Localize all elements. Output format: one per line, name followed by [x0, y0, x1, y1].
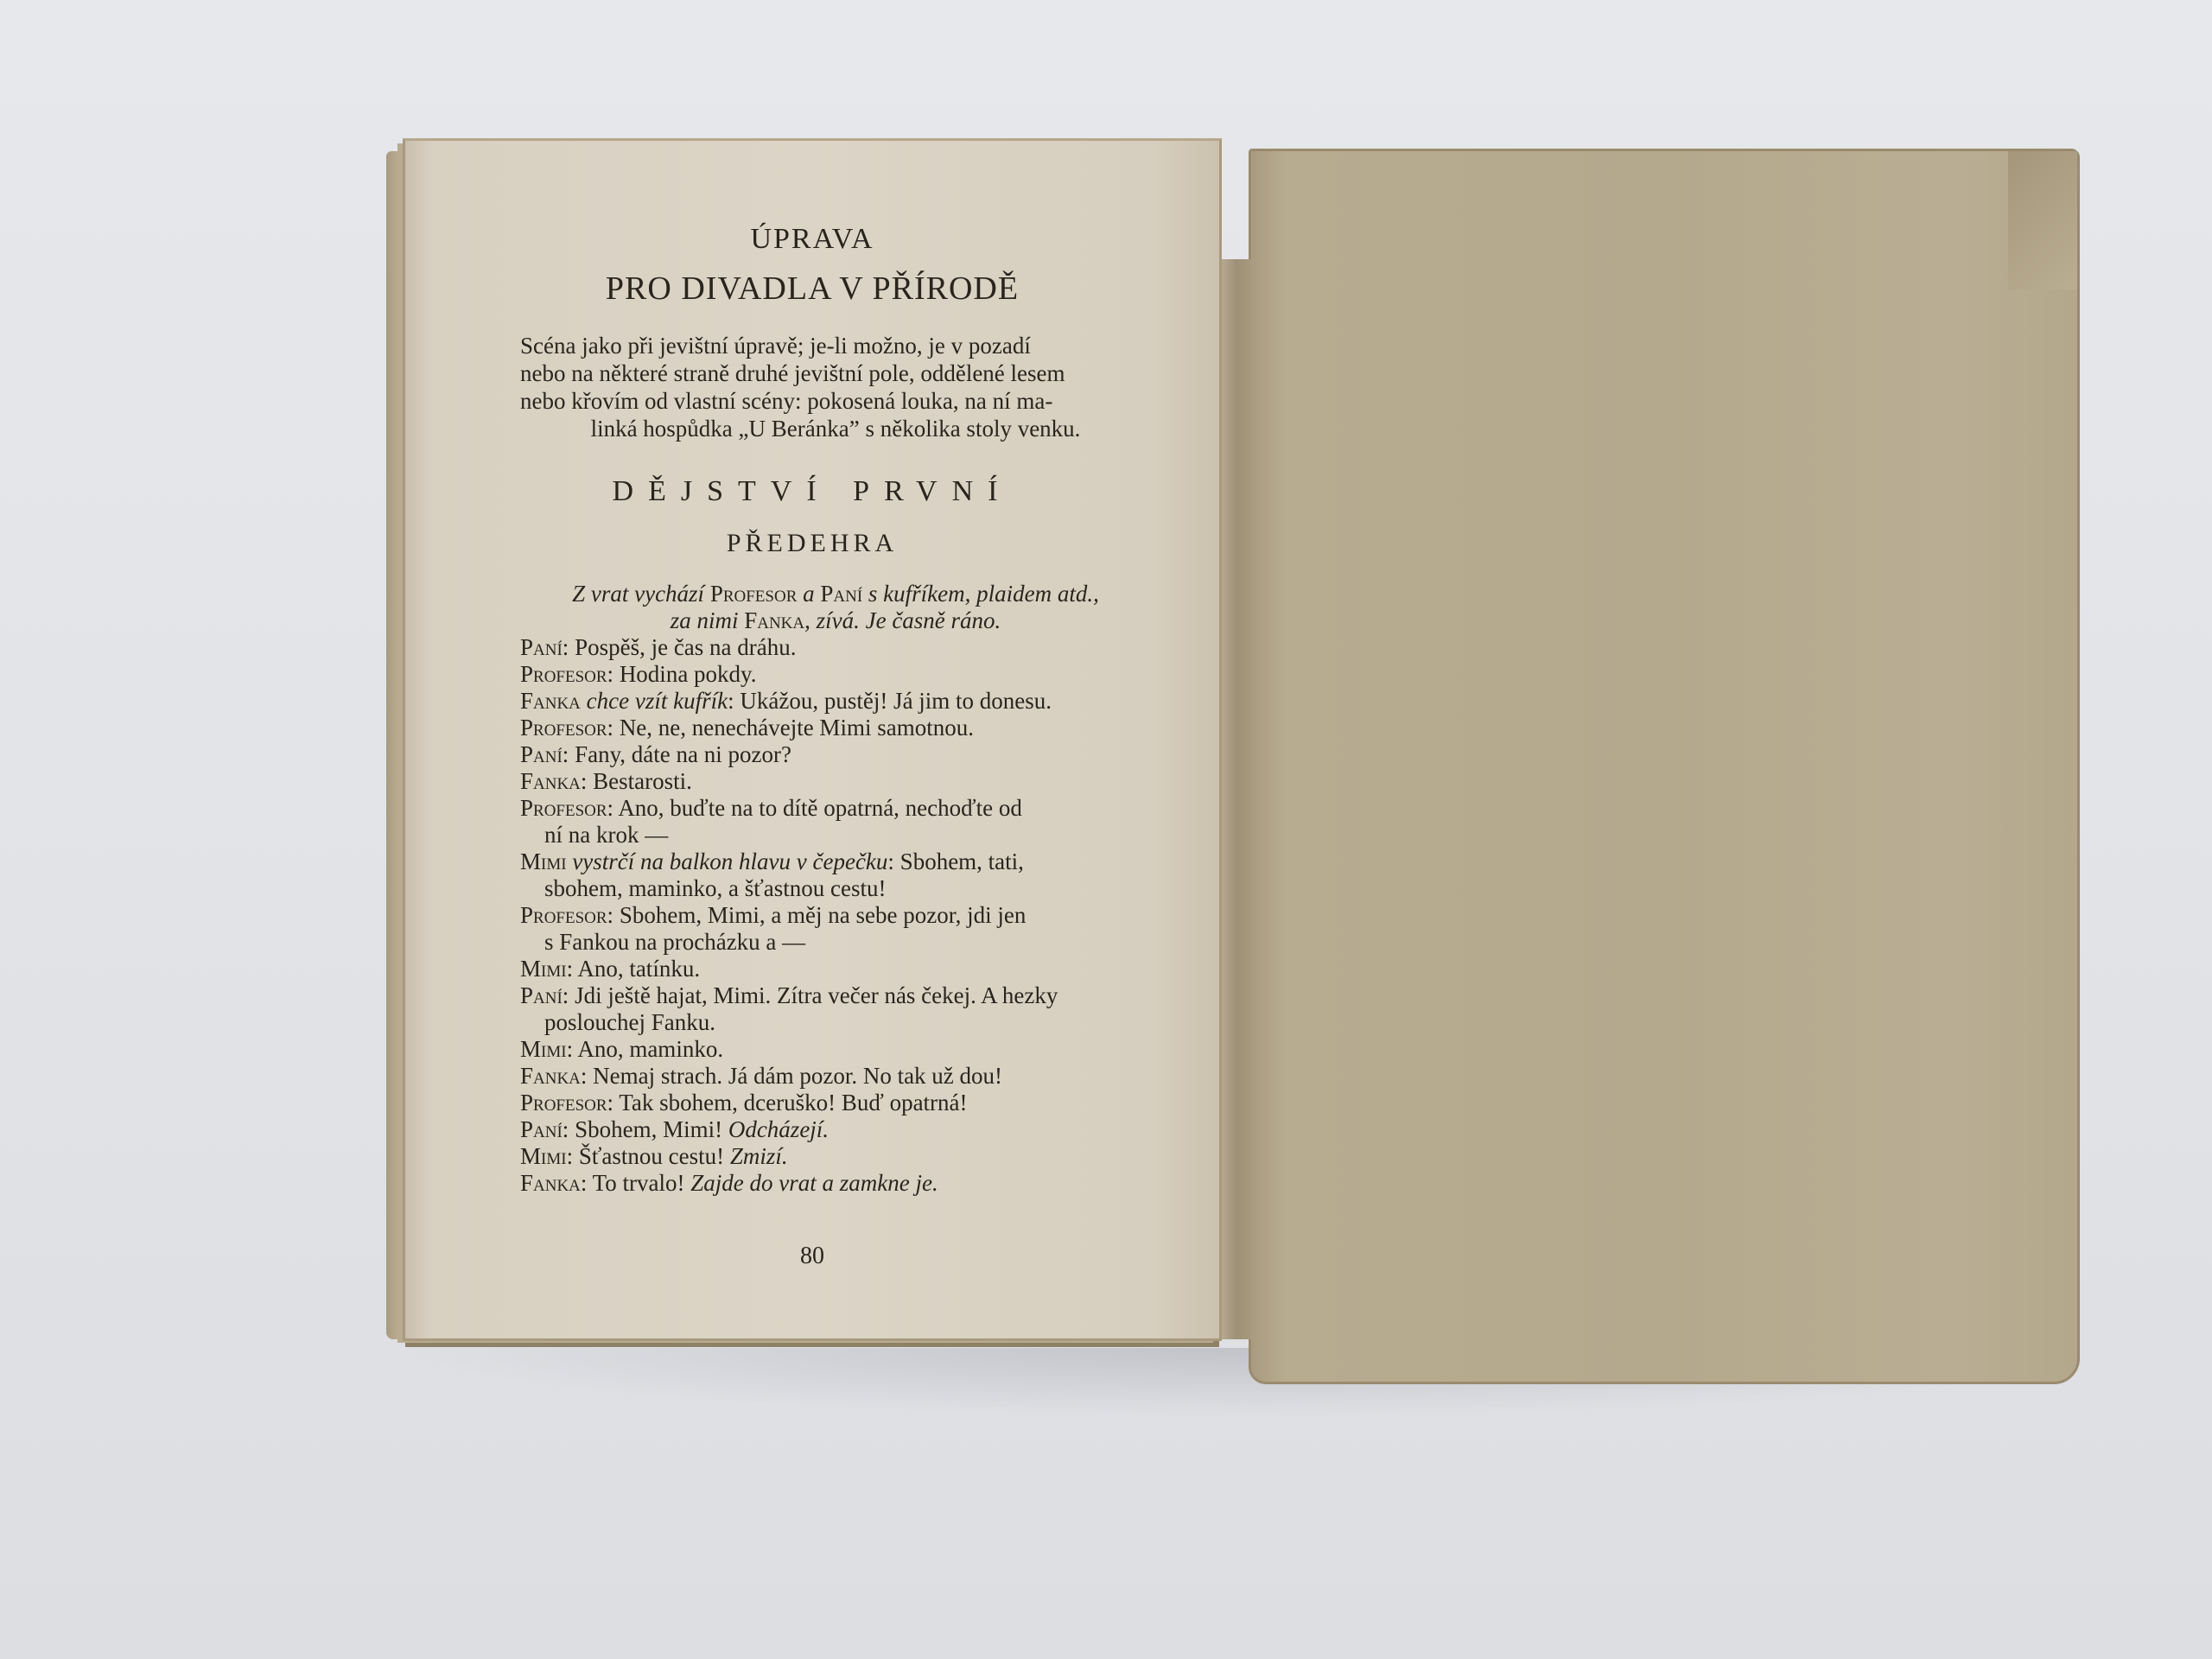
dialogue-line: Profesor: Sbohem, Mimi, a měj na sebe po… [520, 902, 1151, 956]
stage-direction: chce vzít kufřík [581, 688, 728, 714]
dialogue-line: Profesor: Ano, buďte na to dítě opatrná,… [520, 795, 1151, 849]
speaker-name: Profesor [520, 715, 607, 741]
speaker-name: Fanka [520, 1170, 581, 1196]
dialogue-line: Profesor: Tak sbohem, dceruško! Buď opat… [520, 1090, 1151, 1116]
speech-text: Pospěš, je čas na dráhu. [575, 634, 796, 660]
stage-direction: Odcházejí. [728, 1116, 829, 1142]
speaker-name: Fanka [520, 1063, 581, 1089]
speech-text: Ano, tatínku. [577, 956, 700, 982]
speech-text: Tak sbohem, dceruško! Buď opatrná! [619, 1090, 967, 1116]
dialogue-line: Mimi: Ano, tatínku. [520, 956, 1151, 982]
speaker-name: Mimi [520, 1143, 567, 1169]
speaker-name: Mimi [520, 956, 567, 982]
dialogue-line: Paní: Sbohem, Mimi! Odcházejí. [520, 1116, 1151, 1143]
speech-continuation: poslouchej Fanku. [520, 1009, 1151, 1036]
dialogue-line: Fanka: To trvalo! Zajde do vrat a zamkne… [520, 1170, 1151, 1197]
page-subtitle: PRO DIVADLA V PŘÍRODĚ [403, 270, 1222, 308]
dialogue-line: Fanka: Bestarosti. [520, 768, 1151, 795]
speech-text: Fany, dáte na ni pozor? [575, 741, 791, 767]
page-number: 80 [403, 1243, 1222, 1270]
speech-text: Ne, ne, nenechávejte Mimi samotnou. [620, 715, 974, 741]
act-heading: DĚJSTVÍ PRVNÍ [403, 475, 1222, 508]
stage-direction: vystrčí na balkon hlavu v čepečku [567, 849, 888, 874]
page-title: ÚPRAVA [403, 223, 1222, 256]
intro-line: nebo na některé straně druhé jevištní po… [520, 359, 1151, 387]
speaker-name: Profesor [520, 902, 607, 928]
stage-direction-line: Z vrat vychází Profesor a Paní s kufříke… [520, 581, 1151, 607]
dialogue-line: Profesor: Ne, ne, nenechávejte Mimi samo… [520, 715, 1151, 741]
speaker-name: Fanka [520, 768, 581, 794]
dialogue-line: Fanka chce vzít kufřík: Ukážou, pustěj! … [520, 688, 1151, 715]
stage-direction-line: za nimi Fanka, zívá. Je časně ráno. [520, 607, 1151, 634]
speech-text: Ukážou, pustěj! Já jim to donesu. [740, 688, 1052, 714]
dialogue-line: Fanka: Nemaj strach. Já dám pozor. No ta… [520, 1063, 1151, 1090]
speech-text: Sbohem, tati, [900, 849, 1024, 874]
dialogue-line: Paní: Pospěš, je čas na dráhu. [520, 634, 1151, 661]
dialogue-line: Mimi: Ano, maminko. [520, 1036, 1151, 1063]
dialogue-line: Mimi vystrčí na balkon hlavu v čepečku: … [520, 849, 1151, 902]
speech-text: Bestarosti. [593, 768, 692, 794]
stage-direction: Zajde do vrat a zamkne je. [690, 1170, 938, 1196]
dialogue-line: Mimi: Šťastnou cestu! Zmizí. [520, 1143, 1151, 1170]
left-page-text: ÚPRAVA PRO DIVADLA V PŘÍRODĚ Scéna jako … [0, 0, 2212, 1659]
scene-heading: PŘEDEHRA [403, 529, 1222, 558]
speech-continuation: sbohem, maminko, a šťastnou cestu! [520, 875, 1151, 902]
speech-text: Šťastnou cestu! [579, 1143, 730, 1169]
speaker-name: Profesor [520, 1090, 607, 1116]
stage-direction: Zmizí. [730, 1143, 788, 1169]
speech-text: Jdi ještě hajat, Mimi. Zítra večer nás č… [575, 982, 1058, 1008]
speech-text: Sbohem, Mimi! [575, 1116, 728, 1142]
dialogue-line: Paní: Jdi ještě hajat, Mimi. Zítra večer… [520, 982, 1151, 1036]
intro-line: Scéna jako při jevištní úpravě; je-li mo… [520, 332, 1151, 359]
speaker-name: Paní [520, 1116, 563, 1142]
speaker-name: Mimi [520, 849, 567, 874]
speaker-name: Mimi [520, 1036, 567, 1062]
dialogue-line: Paní: Fany, dáte na ni pozor? [520, 741, 1151, 768]
speaker-name: Fanka [520, 688, 581, 714]
speech-continuation: s Fankou na procházku a — [520, 929, 1151, 956]
dialogue-line: Profesor: Hodina pokdy. [520, 661, 1151, 688]
speaker-name: Paní [520, 982, 563, 1008]
speech-text: Sbohem, Mimi, a měj na sebe pozor, jdi j… [620, 902, 1027, 928]
speaker-name: Paní [520, 634, 563, 660]
speech-text: To trvalo! [593, 1170, 691, 1196]
speaker-name: Paní [520, 741, 563, 767]
speech-continuation: ní na krok — [520, 822, 1151, 849]
speech-text: Hodina pokdy. [620, 661, 757, 687]
speaker-name: Profesor [520, 795, 607, 821]
speech-text: Ano, maminko. [577, 1036, 723, 1062]
speaker-name: Profesor [520, 661, 607, 687]
intro-line: nebo křovím od vlastní scény: pokosená l… [520, 387, 1151, 415]
intro-line: linká hospůdka „U Beránka” s několika st… [520, 415, 1151, 442]
speech-text: Ano, buďte na to dítě opatrná, nechoďte … [618, 795, 1022, 821]
speech-text: Nemaj strach. Já dám pozor. No tak už do… [593, 1063, 1002, 1089]
intro-paragraph: Scéna jako při jevištní úpravě; je-li mo… [520, 332, 1151, 442]
